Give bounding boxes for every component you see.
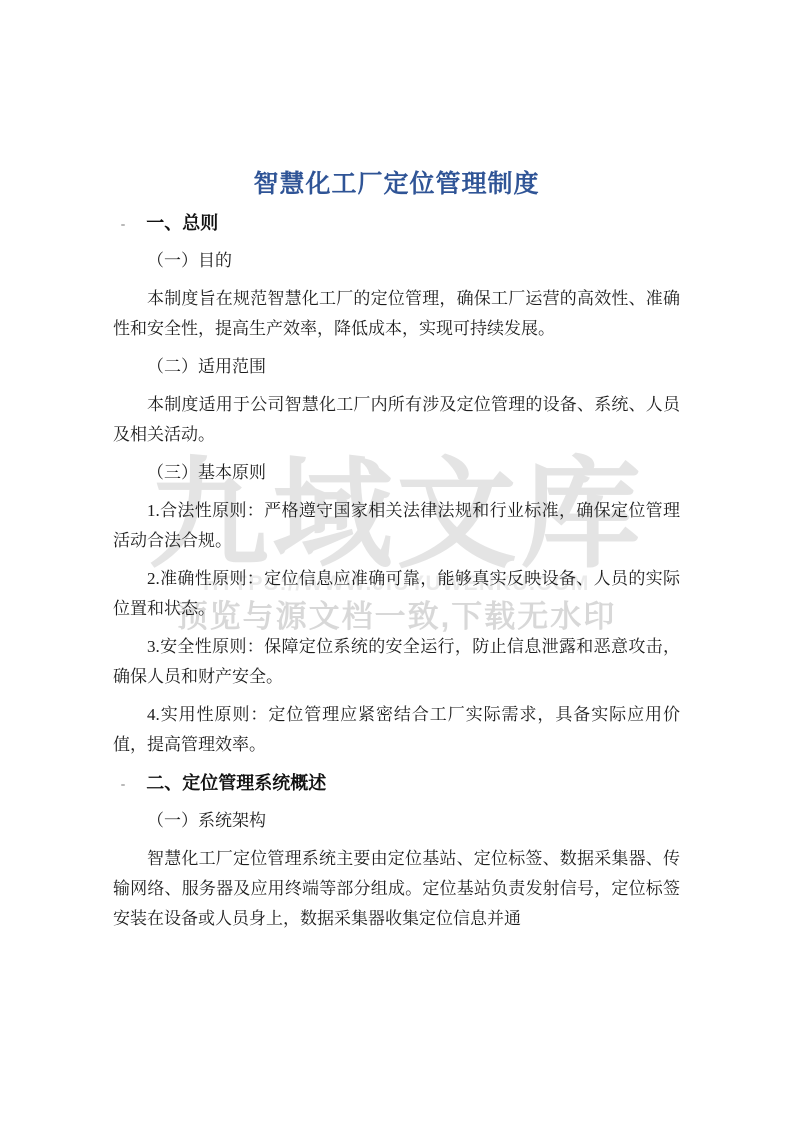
sub-heading-architecture: （一）系统架构	[113, 806, 680, 836]
paragraph-principle-2: 2.准确性原则：定位信息应准确可靠，能够真实反映设备、人员的实际位置和状态。	[113, 564, 680, 624]
section-heading-system-overview: 二、定位管理系统概述	[113, 768, 680, 798]
paragraph-architecture: 智慧化工厂定位管理系统主要由定位基站、定位标签、数据采集器、传输网络、服务器及应…	[113, 844, 680, 934]
document-page: 九域文库 https://www.jiuyuwenku.com 预览与源文档一致…	[0, 0, 793, 1122]
sub-heading-scope: （二）适用范围	[113, 352, 680, 382]
paragraph-mark-dot	[121, 784, 125, 786]
paragraph-scope: 本制度适用于公司智慧化工厂内所有涉及定位管理的设备、系统、人员及相关活动。	[113, 390, 680, 450]
section-heading-label: 二、定位管理系统概述	[146, 773, 326, 793]
paragraph-principle-4: 4.实用性原则：定位管理应紧密结合工厂实际需求，具备实际应用价值，提高管理效率。	[113, 700, 680, 760]
document-content: 智慧化工厂定位管理制度 一、总则 （一）目的 本制度旨在规范智慧化工厂的定位管理…	[0, 0, 793, 934]
sub-heading-principles: （三）基本原则	[113, 458, 680, 488]
paragraph-purpose: 本制度旨在规范智慧化工厂的定位管理，确保工厂运营的高效性、准确性和安全性，提高生…	[113, 284, 680, 344]
paragraph-mark-dot	[121, 224, 125, 226]
sub-heading-purpose: （一）目的	[113, 246, 680, 276]
paragraph-principle-3: 3.安全性原则：保障定位系统的安全运行，防止信息泄露和恶意攻击，确保人员和财产安…	[113, 632, 680, 692]
doc-title: 智慧化工厂定位管理制度	[113, 168, 680, 200]
section-heading-label: 一、总则	[146, 213, 218, 233]
paragraph-principle-1: 1.合法性原则：严格遵守国家相关法律法规和行业标准，确保定位管理活动合法合规。	[113, 496, 680, 556]
section-heading-general: 一、总则	[113, 208, 680, 238]
